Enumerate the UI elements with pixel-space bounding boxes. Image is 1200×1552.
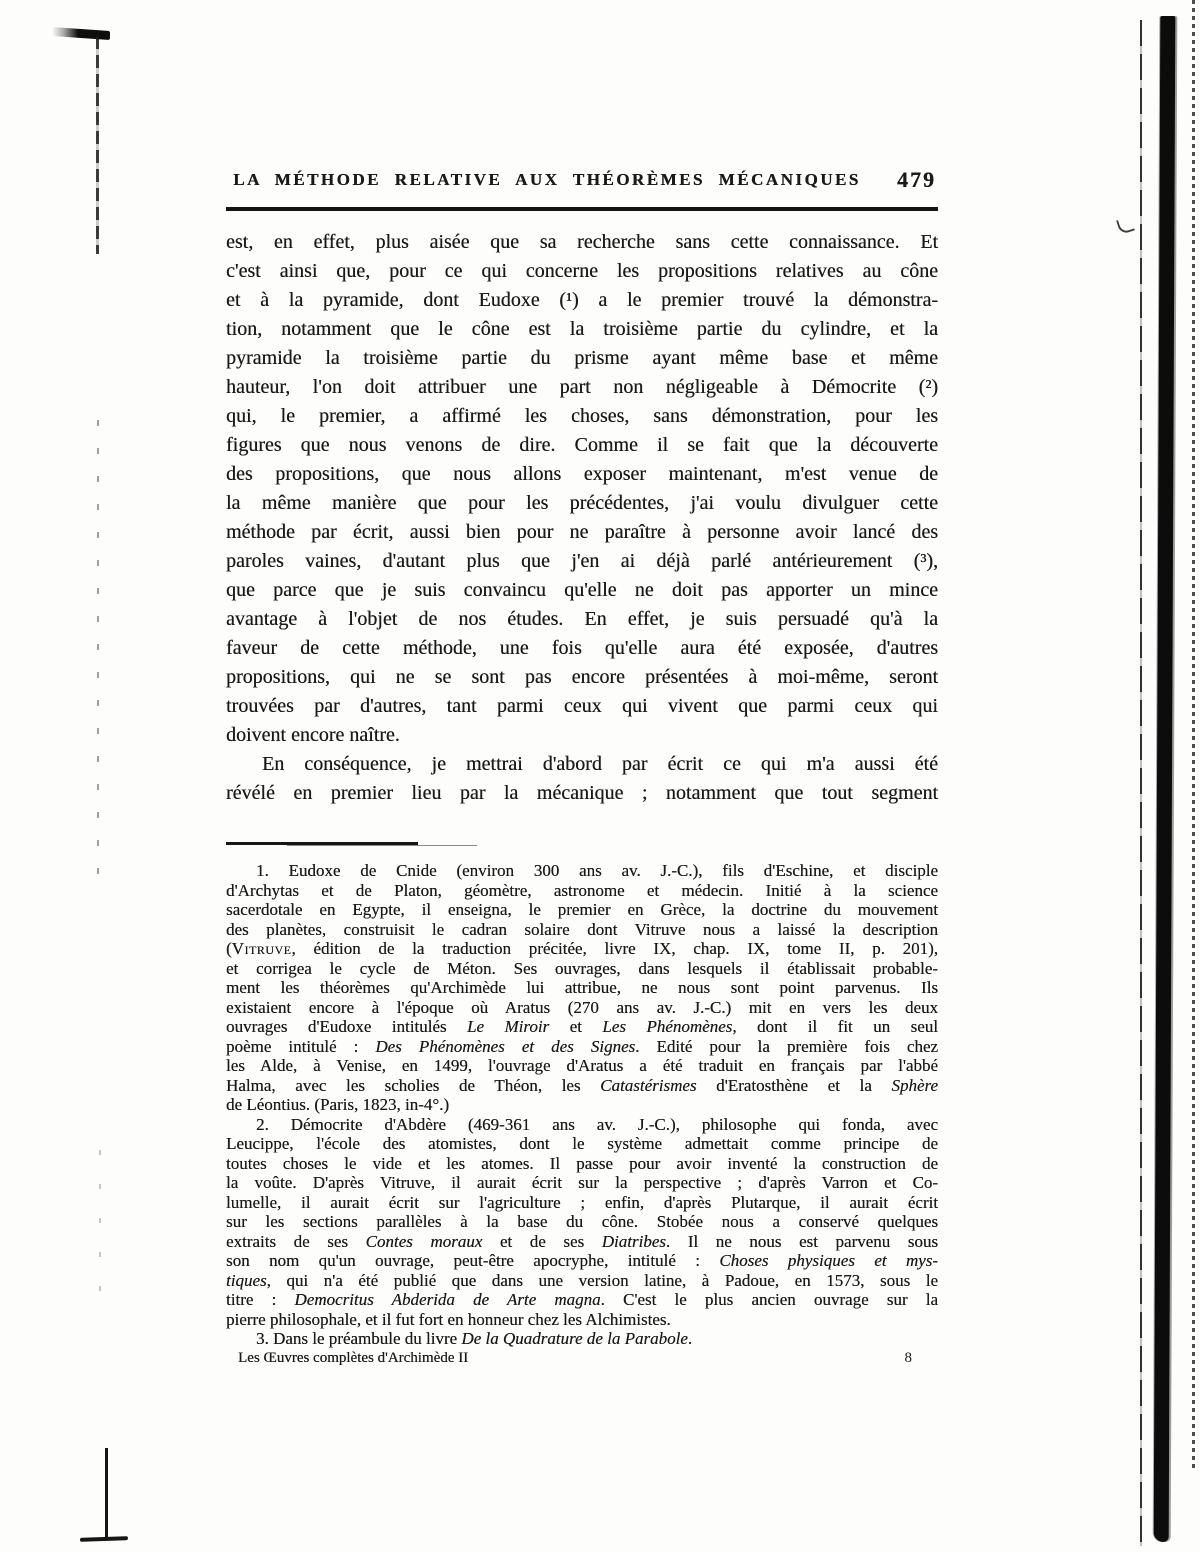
scan-artifact-left-margin-dashes-lower xyxy=(99,1150,101,1320)
scanned-book-page: LA MÉTHODE RELATIVE AUX THÉORÈMES MÉCANI… xyxy=(0,0,1200,1552)
text-line: 3. Dans le préambule du livre De la Quad… xyxy=(226,1329,938,1349)
text-line: sur les sections parallèles à la base du… xyxy=(226,1212,938,1232)
text-line: lumelle, il aurait écrit sur l'agricultu… xyxy=(226,1193,938,1213)
scan-artifact-right-binding-band xyxy=(1154,16,1176,1542)
scan-artifact-right-edge-dotted-line xyxy=(1192,0,1195,1468)
text-line: avantage à l'objet de nos études. En eff… xyxy=(226,605,938,634)
scan-artifact-topleft-horizontal-stroke xyxy=(52,27,110,40)
text-line: Halma, avec les scholies de Théon, les C… xyxy=(226,1076,938,1096)
text-line: existaient encore à l'époque où Aratus (… xyxy=(226,998,938,1018)
text-line: tiques, qui n'a été publié que dans une … xyxy=(226,1271,938,1291)
text-line: de Léontius. (Paris, 1823, in-4°.) xyxy=(226,1095,938,1115)
text-line: propositions, qui ne se sont pas encore … xyxy=(226,663,938,692)
text-line: des planètes, construisit le cadran sola… xyxy=(226,920,938,940)
text-line: ment les théorèmes qu'Archimède lui attr… xyxy=(226,978,938,998)
text-line: les Alde, à Venise, en 1499, l'ouvrage d… xyxy=(226,1056,938,1076)
text-line: Leucippe, l'école des atomistes, dont le… xyxy=(226,1134,938,1154)
text-line: toutes choses le vide et les atomes. Il … xyxy=(226,1154,938,1174)
scan-artifact-right-hook-mark xyxy=(1116,216,1135,235)
text-line: En conséquence, je mettrai d'abord par é… xyxy=(226,750,938,779)
text-line: et à la pyramide, dont Eudoxe (¹) a le p… xyxy=(226,286,938,315)
text-line: que parce que je suis convaincu qu'elle … xyxy=(226,576,938,605)
page-title: LA MÉTHODE RELATIVE AUX THÉORÈMES MÉCANI… xyxy=(226,170,938,190)
scan-artifact-topleft-vertical-line xyxy=(96,36,99,254)
text-line: méthode par écrit, aussi bien pour ne pa… xyxy=(226,518,938,547)
scan-artifact-bottomleft-vertical-line xyxy=(105,1448,108,1540)
text-line: et corrigea le cycle de Méton. Ses ouvra… xyxy=(226,959,938,979)
text-line: est, en effet, plus aisée que sa recherc… xyxy=(226,228,938,257)
text-line: extraits de ses Contes moraux et de ses … xyxy=(226,1232,938,1252)
text-line: doivent encore naître. xyxy=(226,721,938,750)
body-text: est, en effet, plus aisée que sa recherc… xyxy=(226,228,938,808)
text-line: hauteur, l'on doit attribuer une part no… xyxy=(226,373,938,402)
head-rule xyxy=(226,207,938,211)
scan-artifact-right-thin-line xyxy=(1140,20,1142,1546)
text-line: tion, notamment que le cône est la trois… xyxy=(226,315,938,344)
page-number: 479 xyxy=(897,167,936,193)
page-footer: Les Œuvres complètes d'Archimède II 8 xyxy=(226,1350,938,1367)
text-line: (Vitruve, édition de la traduction préci… xyxy=(226,939,938,959)
text-line: qui, le premier, a affirmé les choses, s… xyxy=(226,402,938,431)
footer-work-title: Les Œuvres complètes d'Archimède II xyxy=(238,1350,468,1367)
text-line: figures que nous venons de dire. Comme i… xyxy=(226,431,938,460)
text-line: 2. Démocrite d'Abdère (469-361 ans av. J… xyxy=(226,1115,938,1135)
text-line: la même manière que pour les précédentes… xyxy=(226,489,938,518)
text-line: pierre philosophale, et il fut fort en h… xyxy=(226,1310,938,1330)
footnote-separator xyxy=(226,842,418,845)
footer-signature-mark: 8 xyxy=(905,1350,913,1367)
running-head: LA MÉTHODE RELATIVE AUX THÉORÈMES MÉCANI… xyxy=(226,170,938,200)
text-line: poème intitulé : Des Phénomènes et des S… xyxy=(226,1037,938,1057)
text-line: révélé en premier lieu par la mécanique … xyxy=(226,779,938,808)
text-line: des propositions, que nous allons expose… xyxy=(226,460,938,489)
text-line: c'est ainsi que, pour ce qui concerne le… xyxy=(226,257,938,286)
text-line: sacerdotale en Egypte, il enseigna, le p… xyxy=(226,900,938,920)
text-line: 1. Eudoxe de Cnide (environ 300 ans av. … xyxy=(226,861,938,881)
text-line: pyramide la troisième partie du prisme a… xyxy=(226,344,938,373)
scan-artifact-left-margin-dashes-upper xyxy=(97,420,99,880)
text-line: ouvrages d'Eudoxe intitulés Le Miroir et… xyxy=(226,1017,938,1037)
footnotes: 1. Eudoxe de Cnide (environ 300 ans av. … xyxy=(226,861,938,1349)
text-line: d'Archytas et de Platon, géomètre, astro… xyxy=(226,881,938,901)
text-line: titre : Democritus Abderida de Arte magn… xyxy=(226,1290,938,1310)
text-line: trouvées par d'autres, tant parmi ceux q… xyxy=(226,692,938,721)
text-line: faveur de cette méthode, une fois qu'ell… xyxy=(226,634,938,663)
text-line: paroles vaines, d'autant plus que j'en a… xyxy=(226,547,938,576)
text-line: son nom qu'un ouvrage, peut-être apocryp… xyxy=(226,1251,938,1271)
scan-artifact-bottomleft-base-stroke xyxy=(80,1536,128,1542)
text-line: la voûte. D'après Vitruve, il aurait écr… xyxy=(226,1173,938,1193)
